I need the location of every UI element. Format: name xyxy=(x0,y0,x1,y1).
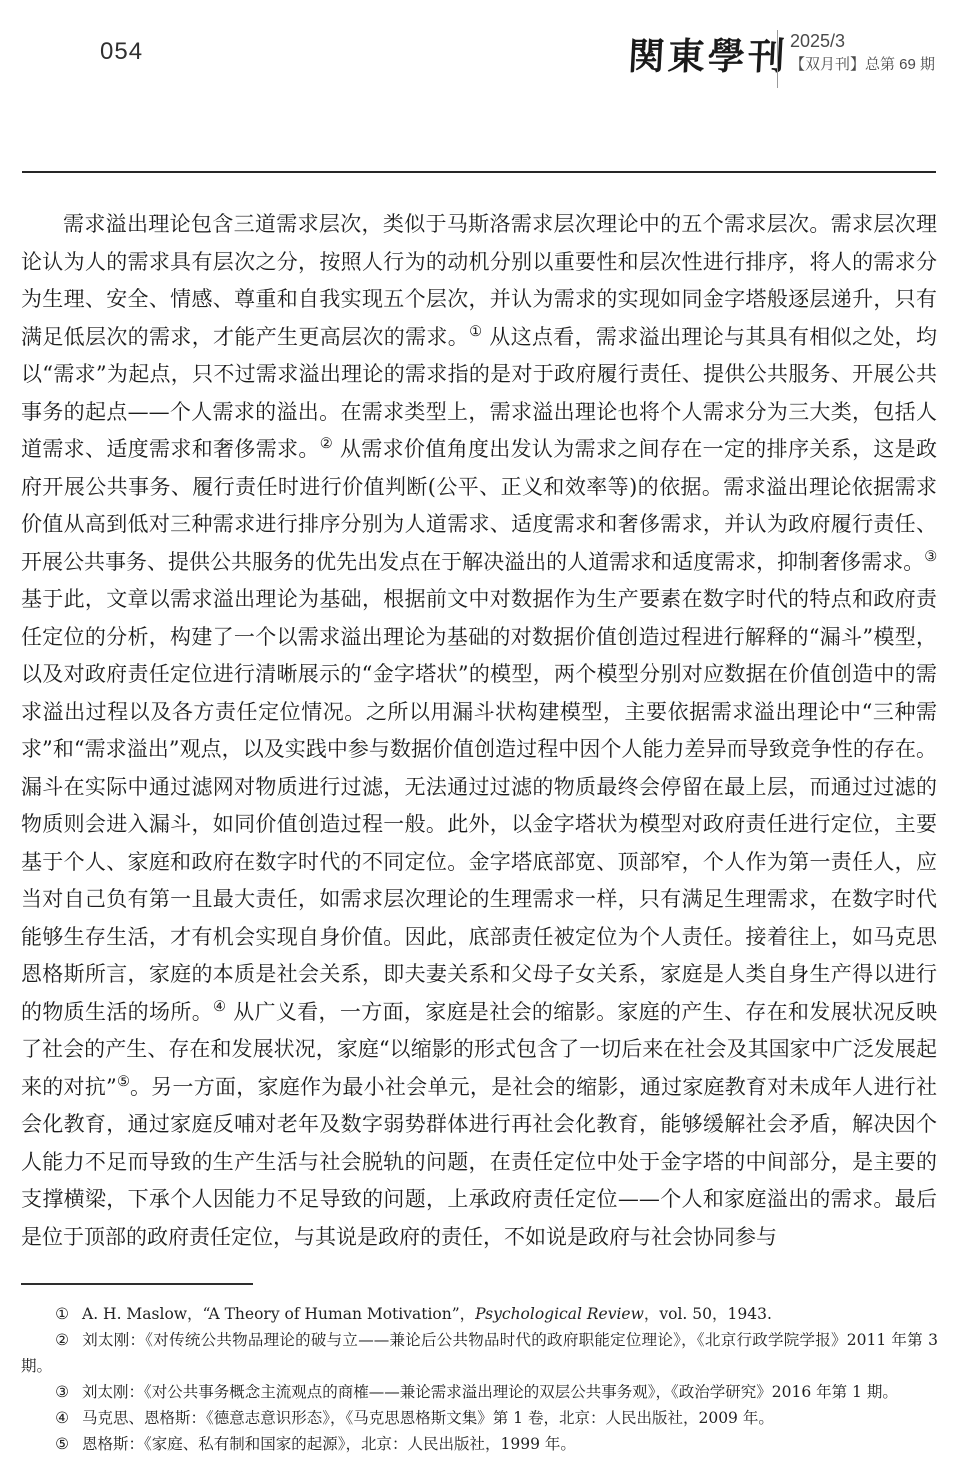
page-number: 054 xyxy=(100,38,143,66)
issue-number: 【双月刊】总第 69 期 xyxy=(790,55,935,74)
journal-page: 054 関東學刊 2025/3 【双月刊】总第 69 期 需求溢出理论包含三道需… xyxy=(0,0,958,1476)
footnote-1-marker: ① xyxy=(55,1305,69,1323)
article-body-paragraph: 需求溢出理论包含三道需求层次，类似于马斯洛需求层次理论中的五个需求层次。需求层次… xyxy=(21,206,937,1256)
footnote-5-marker: ⑤ xyxy=(55,1435,69,1453)
journal-title: 関東學刊 xyxy=(627,26,790,80)
footnote-3-text: 刘太刚：《对公共事务概念主流观点的商榷——兼论需求溢出理论的双层公共事务观》，《… xyxy=(82,1383,898,1401)
footnote-separator xyxy=(21,1283,253,1285)
footnote-3: ③刘太刚：《对公共事务概念主流观点的商榷——兼论需求溢出理论的双层公共事务观》，… xyxy=(21,1379,938,1405)
footnote-3-marker: ③ xyxy=(55,1383,69,1401)
footnote-1-text: A. H. Maslow，“A Theory of Human Motivati… xyxy=(82,1305,772,1323)
footnote-5-text: 恩格斯：《家庭、私有制和国家的起源》，北京：人民出版社，1999 年。 xyxy=(82,1435,576,1453)
footnote-5: ⑤恩格斯：《家庭、私有制和国家的起源》，北京：人民出版社，1999 年。 xyxy=(21,1431,938,1457)
footnote-2-marker: ② xyxy=(55,1331,69,1349)
footnotes-block: ①A. H. Maslow，“A Theory of Human Motivat… xyxy=(21,1301,938,1457)
issue-date: 2025/3 xyxy=(790,30,935,52)
footnote-4-text: 马克思、恩格斯：《德意志意识形态》，《马克思恩格斯文集》第 1 卷，北京：人民出… xyxy=(82,1409,774,1427)
issue-info: 2025/3 【双月刊】总第 69 期 xyxy=(790,30,935,74)
footnote-2-text: 刘太刚：《对传统公共物品理论的破与立——兼论后公共物品时代的政府职能定位理论》，… xyxy=(21,1331,938,1375)
footnote-4: ④马克思、恩格斯：《德意志意识形态》，《马克思恩格斯文集》第 1 卷，北京：人民… xyxy=(21,1405,938,1431)
footnote-2: ②刘太刚：《对传统公共物品理论的破与立——兼论后公共物品时代的政府职能定位理论》… xyxy=(21,1327,938,1379)
header-rule xyxy=(22,171,936,173)
footnote-1: ①A. H. Maslow，“A Theory of Human Motivat… xyxy=(21,1301,938,1327)
footnote-4-marker: ④ xyxy=(55,1409,69,1427)
header-divider xyxy=(777,30,778,88)
